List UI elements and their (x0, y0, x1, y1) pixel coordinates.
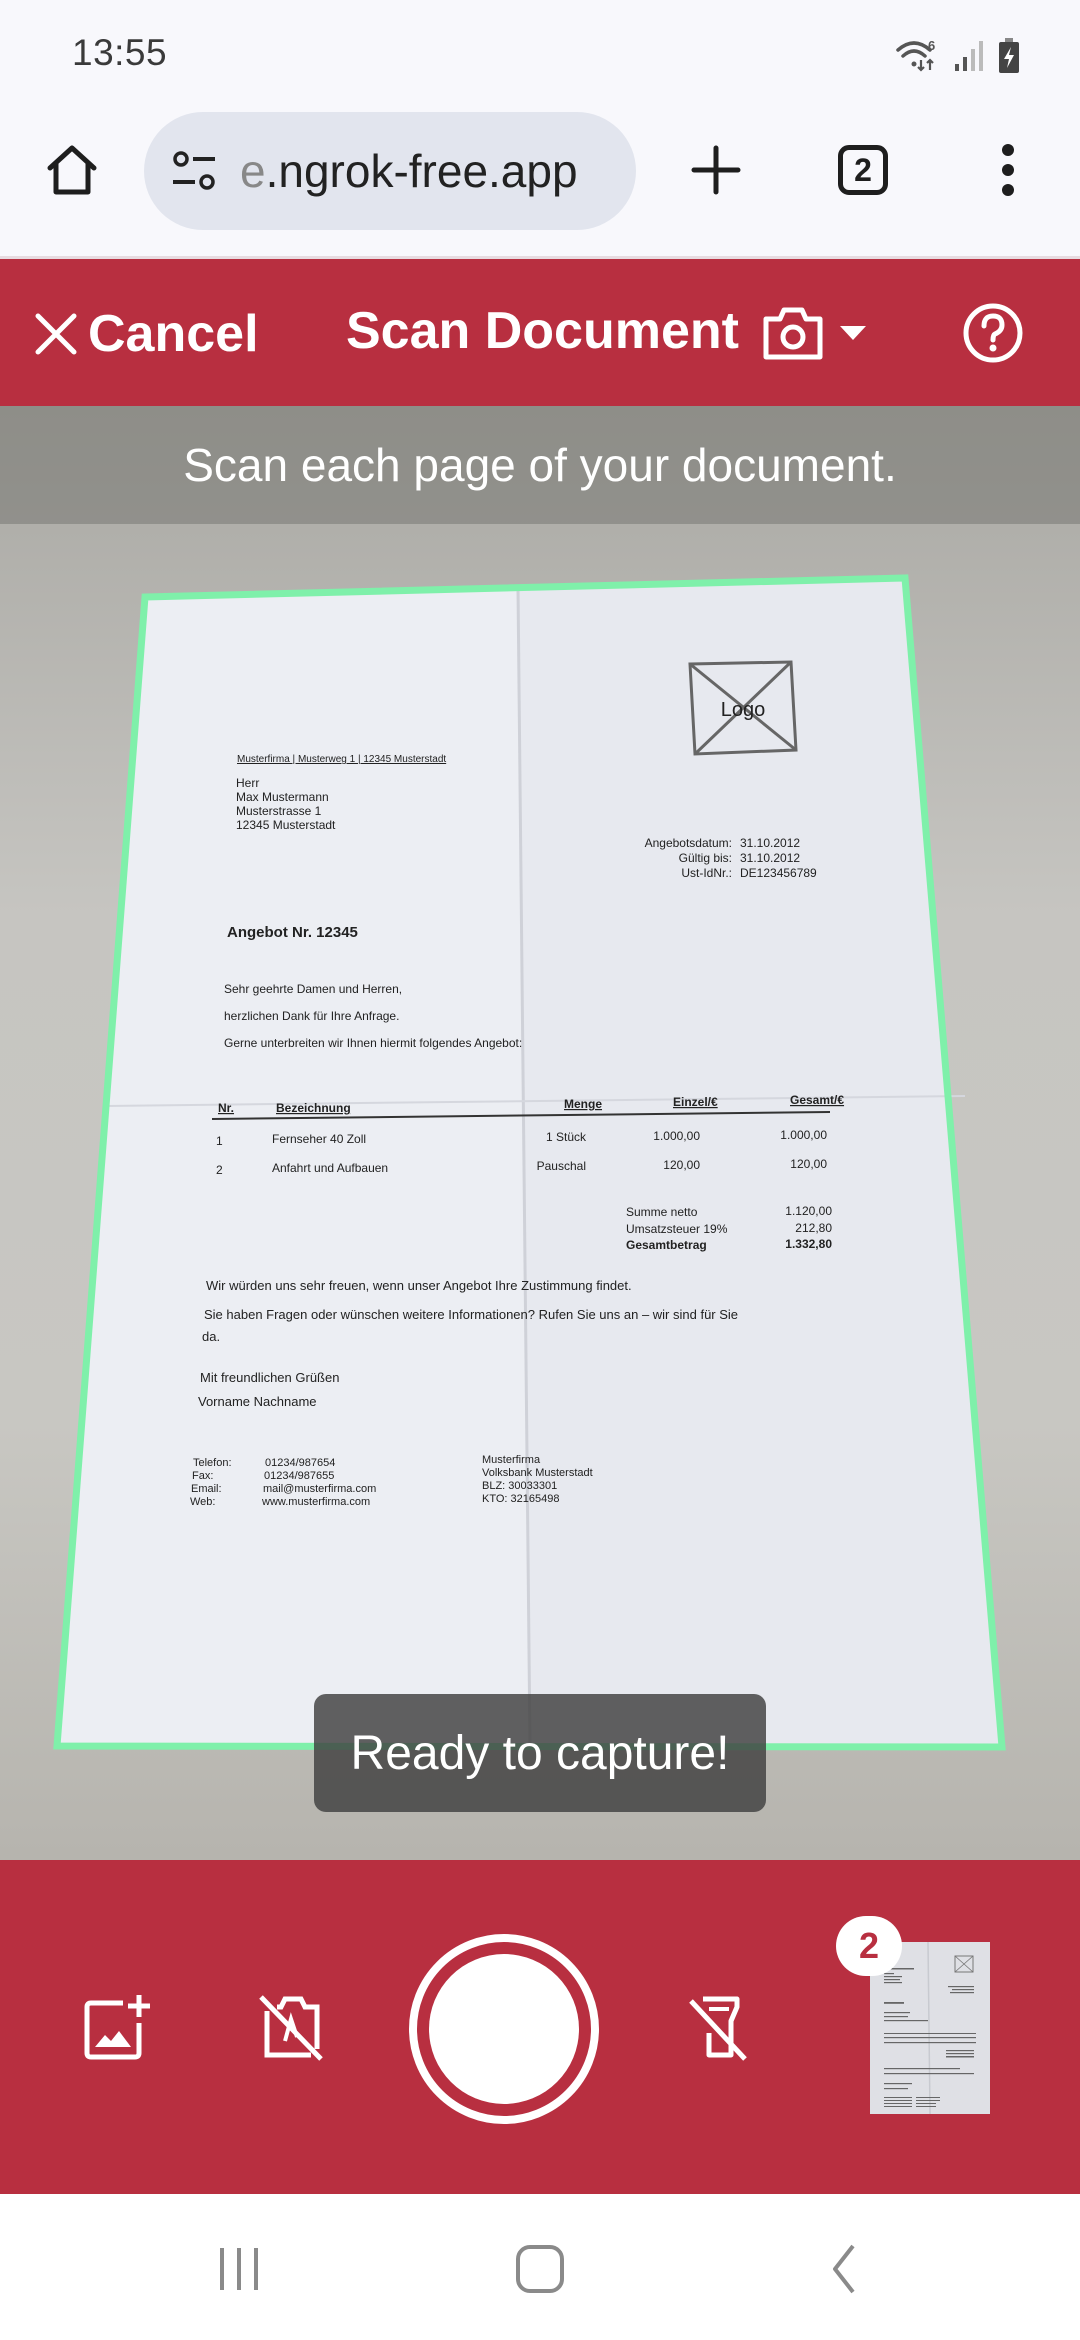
page-count-badge: 2 (836, 1916, 902, 1976)
tab-switcher-button[interactable]: 2 (827, 134, 899, 206)
site-settings-button[interactable] (164, 141, 224, 201)
browser-toolbar: e.ngrok-free.app 2 (0, 110, 1080, 258)
footer-bank: BLZ: 30033301 (482, 1480, 557, 1492)
svg-text:Logo: Logo (721, 699, 766, 721)
tab-switcher-icon: 2 (838, 145, 888, 195)
shutter-icon (429, 1954, 579, 2104)
total-value: 212,80 (795, 1221, 832, 1235)
document-preview: Logo Musterfirma | Musterweg 1 | 12345 M… (0, 406, 1080, 1860)
table-cell: Pauschal (537, 1159, 586, 1173)
table-header: Menge (564, 1097, 602, 1111)
table-cell: 120,00 (663, 1158, 700, 1172)
back-icon (823, 2243, 863, 2295)
footer-bank: KTO: 32165498 (482, 1493, 559, 1505)
intro-line: Gerne unterbreiten wir Ihnen hiermit fol… (224, 1036, 522, 1050)
table-header: Einzel/€ (673, 1095, 718, 1109)
capture-controls: 2 (0, 1860, 1080, 2194)
flash-off-icon (685, 1993, 749, 2061)
battery-charging-icon (998, 38, 1020, 74)
home-button[interactable] (36, 134, 108, 206)
footer-label: Web: (190, 1496, 215, 1508)
total-label: Umsatzsteuer 19% (626, 1222, 728, 1236)
meta-value: 31.10.2012 (740, 836, 800, 850)
more-menu-button[interactable] (972, 134, 1044, 206)
help-button[interactable] (958, 295, 1028, 371)
signature: Vorname Nachname (198, 1394, 317, 1409)
footer-bank: Musterfirma (482, 1454, 541, 1466)
home-icon (44, 142, 100, 198)
table-header: Bezeichnung (276, 1101, 351, 1115)
camera-selector[interactable] (762, 295, 868, 371)
footer-label: Email: (191, 1483, 222, 1495)
recipient-line: Musterstrasse 1 (236, 804, 322, 818)
table-cell: 1 (216, 1134, 223, 1148)
auto-capture-off-icon (257, 1993, 325, 2061)
new-tab-button[interactable] (680, 134, 752, 206)
cancel-label: Cancel (88, 304, 259, 364)
intro-line: herzlichen Dank für Ihre Anfrage. (224, 1009, 399, 1023)
table-cell: 1 Stück (546, 1130, 587, 1144)
shutter-button[interactable] (409, 1934, 599, 2124)
recipient-line: 12345 Musterstadt (236, 818, 336, 832)
dropdown-arrow-icon (838, 323, 868, 343)
back-button[interactable] (798, 2234, 888, 2304)
table-cell: 1.000,00 (653, 1129, 700, 1143)
camera-icon (762, 305, 824, 361)
recent-apps-icon (214, 2244, 264, 2294)
site-settings-icon (171, 150, 217, 192)
meta-value: 31.10.2012 (740, 851, 800, 865)
close-icon (34, 312, 78, 356)
table-header: Gesamt/€ (790, 1093, 844, 1107)
table-header: Nr. (218, 1101, 234, 1115)
auto-capture-toggle[interactable] (246, 1982, 336, 2072)
system-nav-bar (0, 2194, 1080, 2340)
table-cell: Fernseher 40 Zoll (272, 1132, 366, 1146)
url-text[interactable]: e.ngrok-free.app (240, 144, 578, 198)
meta-label: Angebotsdatum: (645, 836, 732, 850)
table-cell: 120,00 (790, 1157, 827, 1171)
signal-icon (954, 40, 984, 72)
table-cell: 1.000,00 (780, 1128, 827, 1142)
home-nav-button[interactable] (495, 2234, 585, 2304)
footer-label: Fax: (192, 1470, 213, 1482)
closing-line: Sie haben Fragen oder wünschen weitere I… (204, 1307, 738, 1322)
sender-line: Musterfirma | Musterweg 1 | 12345 Muster… (237, 754, 446, 765)
status-icons: 6 (894, 36, 1020, 76)
add-image-icon (83, 1993, 151, 2061)
intro-line: Sehr geehrte Damen und Herren, (224, 982, 402, 996)
table-cell: Anfahrt und Aufbauen (272, 1161, 388, 1175)
recipient-line: Max Mustermann (236, 790, 329, 804)
status-bar: 13:55 6 (0, 0, 1080, 110)
url-text-faded: e (240, 145, 266, 197)
footer-bank: Volksbank Musterstadt (482, 1467, 593, 1479)
closing-line: Wir würden uns sehr freuen, wenn unser A… (206, 1278, 632, 1293)
total-value: 1.120,00 (785, 1204, 832, 1218)
wifi-6-icon: 6 (894, 38, 940, 74)
footer-value: 01234/987655 (264, 1470, 334, 1482)
clock: 13:55 (72, 32, 167, 74)
footer-value: mail@musterfirma.com (263, 1483, 376, 1495)
total-label: Gesamtbetrag (626, 1238, 707, 1252)
scanned-pages-thumbnail[interactable]: 2 (870, 1942, 990, 2114)
page-title: Scan Document (346, 301, 739, 361)
help-icon (962, 302, 1024, 364)
meta-label: Ust-IdNr.: (681, 866, 732, 880)
add-image-button[interactable] (72, 1982, 162, 2072)
instruction-banner: Scan each page of your document. (0, 406, 1080, 524)
camera-preview[interactable]: Logo Musterfirma | Musterweg 1 | 12345 M… (0, 406, 1080, 1860)
footer-label: Telefon: (193, 1457, 232, 1469)
footer-value: 01234/987654 (265, 1457, 335, 1469)
total-value: 1.332,80 (785, 1237, 832, 1251)
total-label: Summe netto (626, 1205, 698, 1219)
url-text-domain: .ngrok-free.app (266, 145, 578, 197)
recipient-line: Herr (236, 776, 259, 790)
flash-toggle[interactable] (672, 1982, 762, 2072)
svg-text:6: 6 (928, 38, 935, 53)
meta-label: Gültig bis: (679, 851, 732, 865)
ready-toast: Ready to capture! (314, 1694, 766, 1812)
greeting: Mit freundlichen Grüßen (200, 1370, 339, 1385)
table-cell: 2 (216, 1163, 223, 1177)
scanner-header: Cancel Scan Document (0, 259, 1080, 406)
offer-heading: Angebot Nr. 12345 (227, 924, 358, 941)
new-tab-icon (690, 144, 742, 196)
footer-value: www.musterfirma.com (261, 1496, 370, 1508)
cancel-button[interactable]: Cancel (34, 299, 259, 369)
home-nav-icon (514, 2243, 566, 2295)
closing-line: da. (202, 1329, 220, 1344)
more-menu-icon (998, 142, 1018, 198)
meta-value: DE123456789 (740, 866, 817, 880)
recent-apps-button[interactable] (194, 2234, 284, 2304)
address-bar[interactable]: e.ngrok-free.app (144, 112, 636, 230)
